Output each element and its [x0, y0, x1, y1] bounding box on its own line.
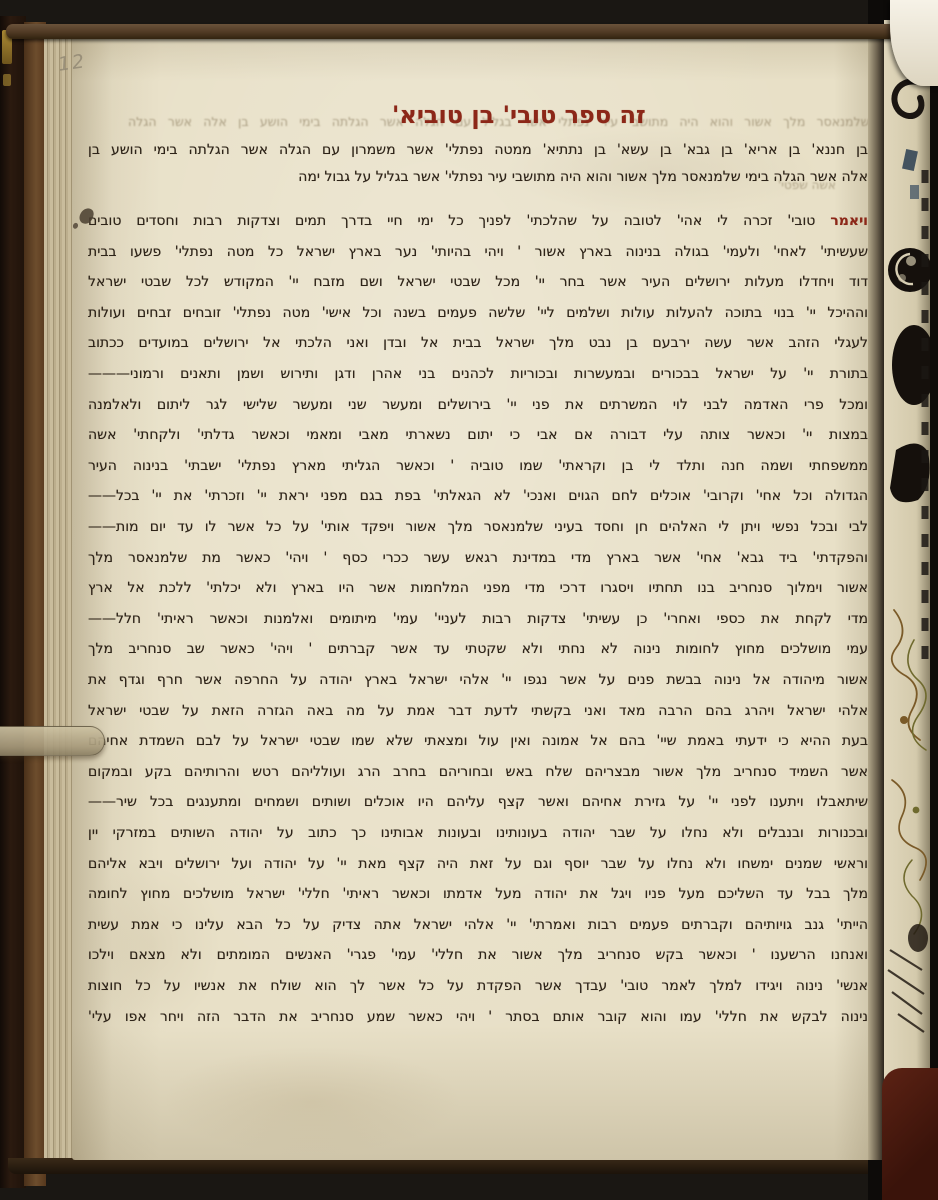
blue-mark-doodles [902, 149, 919, 199]
text-line: ומכל פרי האדמה לבני לוי המשרתים את פני י… [88, 395, 868, 417]
text-line: בתורת יי' על ישראל בבכורים ובמעשרות ובכו… [88, 364, 868, 386]
text-line: ויאמר טובי' זכרה לי אהי' לטובה על שהלכתי… [88, 211, 868, 233]
text-line: במצות יי' וכאשר צותה עלי דבורה אם אבי כי… [88, 425, 868, 447]
text-line: אשר השמיד סנחריב מלך אשור מבצריהם שלח בא… [88, 762, 868, 784]
text-block: בן חננא' בן אריא' בן גבא' בן עשא' בן נתת… [88, 140, 868, 1050]
text-line: הייתי' גנב גויותיהם וקברתים פעמים רבות ו… [88, 915, 868, 937]
black-blob-doodle [890, 325, 930, 502]
text-line: נינוה לבקש את חללי' עמו והוא קובר אותם ב… [88, 1007, 868, 1029]
text-line: ובכנורות ובנבלים ולא נחלו על שבר יהודה ב… [88, 823, 868, 845]
rubric-initial-word: ויאמר [830, 213, 868, 229]
text-line: והפקדתי' ביד גבא' אחי' אשר בארץ מדי במדי… [88, 548, 868, 570]
title-rubric: זה ספר טובי' בן טוביא' [392, 101, 646, 129]
text-line: לעגלי הזהב אשר עשה ירבעם בן נבט מלך ישרא… [88, 333, 868, 355]
black-hook-doodle [894, 82, 921, 117]
text-line: דוד ויחדלו מעלות ירושלים העיר אשר בחר יי… [88, 272, 868, 294]
text-line: אנשי' נינוה ויגידו למלך לאמר טובי' עבדך … [88, 976, 868, 998]
page-fold-shadow [868, 30, 884, 1160]
fore-edge-doodles [884, 20, 930, 1170]
left-board [0, 16, 26, 1188]
text-line: מדי לקחת את כספי ואחרי' כן עשיתי' צדקות … [88, 609, 868, 631]
parchment-stain [162, 1046, 462, 1156]
text-line: עמי מושלכים מחוץ לחומות נינוה לא נחתי ול… [88, 639, 868, 661]
text-line: שיתאבלו ויתענו לפני יי' על גזירת אחיהם ו… [88, 792, 868, 814]
text-line: אשור מיהודה אל נינוה בבשת פנים על אשר נג… [88, 670, 868, 692]
text-line: בן חננא' בן אריא' בן גבא' בן עשא' בן נתת… [88, 140, 868, 162]
text-line: שעשיתי' לאחי' ולעמי' בגולה בנינוה בארץ א… [88, 242, 868, 264]
next-folio-edge [884, 20, 930, 1170]
text-line: מלך בבל עד השליכם מעל פניו ויגל את יהודה… [88, 884, 868, 906]
text-line: לבי ובכל נפשי ויתן לי האלהים חן וחסד בעי… [88, 517, 868, 539]
text-line: אלה אשר הגלה בימי שלמנאסר מלך אשור והוא … [88, 167, 868, 189]
text-line: הגדולה וכל אחי' וקרובי' אוכלים לחם הגוים… [88, 486, 868, 508]
clasp-strap [0, 726, 105, 756]
text-line: ממשפחתי ושמה חנה ותלד לי בן וקראתי' שמו … [88, 456, 868, 478]
text-line: וראשי שמנים ימשחו ולא נחלו על שבר יוסף ו… [88, 854, 868, 876]
folio-number: 12 [57, 50, 88, 76]
brown-scribbles [892, 610, 926, 934]
manuscript-page: בימי שלמנאסר מלך אשור והוא היה מתושבי עי… [72, 36, 874, 1160]
bottom-edge-binding [8, 1158, 888, 1174]
text-line: אשור וימלוך סנחריב בנו תחתיו ויסגרו דרכי… [88, 578, 868, 600]
gold-tooling-small [3, 74, 11, 86]
text-line: וההיכל יי' בנוי בתוכה להעלות עולות ושלמי… [88, 303, 868, 325]
fore-edge-strip [868, 0, 938, 1200]
black-hatch-sketch [888, 924, 928, 1032]
text-line: אלהי ישראל ויהרג בהם הרבה מאד ואני בקשתי… [88, 701, 868, 723]
bottom-right-board-corner [882, 1068, 938, 1200]
top-edge-binding [6, 24, 896, 39]
spine-leather [24, 22, 46, 1186]
text-line: ואנחנו הרשענו ' וכאשר בקש סנחריב מלך אשו… [88, 945, 868, 967]
rosette-doodle [888, 248, 930, 292]
text-line: בעת ההיא כי ידעתי באמת שיי' בהם אל אמונה… [88, 731, 868, 753]
manuscript-photo: בימי שלמנאסר מלך אשור והוא היה מתושבי עי… [0, 0, 938, 1200]
